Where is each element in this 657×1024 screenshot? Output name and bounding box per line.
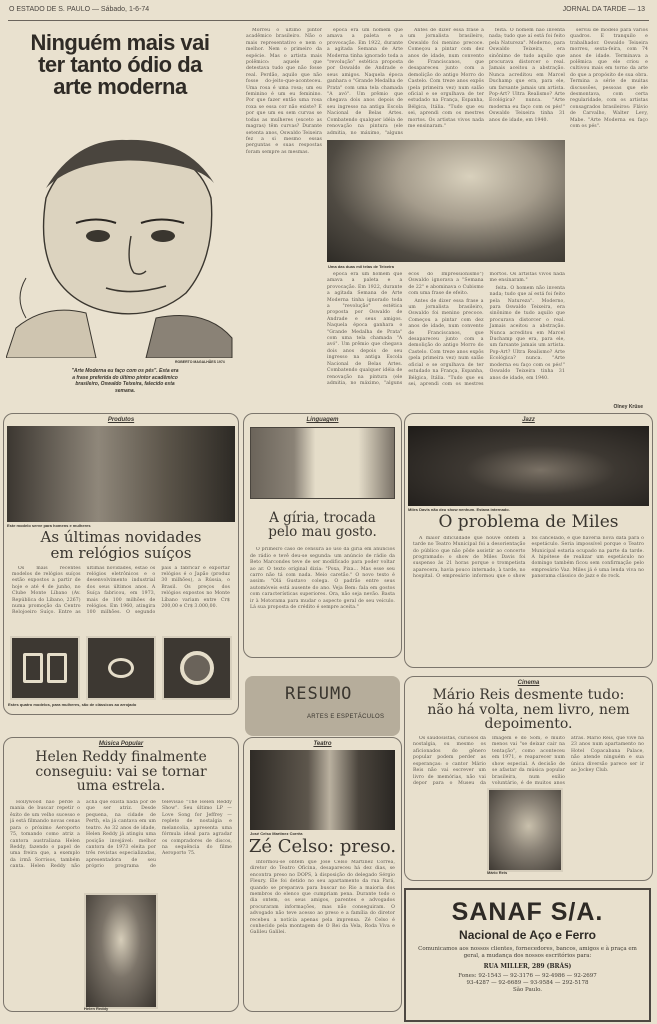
lead-body-col4: feita. O homem não inventa nada; tudo qu…: [489, 28, 565, 136]
paragraph: Os saudosistas, curiosos da nostalgia, o…: [413, 736, 644, 787]
teatro-body: Informou-se ontem que José Celso Martine…: [250, 860, 395, 1000]
produtos-bottom-caption: Estes quatro modelos, para mulheres, são…: [8, 702, 234, 707]
produtos-top-photo: [7, 426, 235, 522]
linguagem-body: O primeiro caso de censura ao uso da gír…: [250, 547, 395, 629]
sanaf-advertisement: SANAF S/A. Nacional de Aço e Ferro Comun…: [404, 888, 651, 1022]
paragraph: Os mais recentes modelos de relógios suí…: [12, 566, 230, 617]
linguagem-box: Linguagem A gíria, trocada pelo mau gost…: [243, 413, 402, 658]
masthead-left: O ESTADO DE S. PAULO — Sábado, 1-6-74: [9, 6, 149, 20]
lead-body-col2: época era um homem que amava a paleta e …: [327, 28, 403, 136]
paragraph: época era um homem que amava a paleta e …: [327, 28, 403, 136]
lead-body-col1: Morreu o último pintor acadêmico brasile…: [246, 28, 322, 408]
paragraph: O primeiro caso de censura ao uso da gír…: [250, 547, 395, 611]
illustration-credit: ROBERTO MAGALHÃES 1974: [175, 360, 225, 364]
masthead-rule: [8, 20, 649, 21]
ad-phones: Fones: 92-1543 — 92-3176 — 92-4986 — 92-…: [406, 973, 649, 987]
ad-address: RUA MILLER, 289 (BRÁS): [406, 963, 649, 970]
lead-photo-caption: Uma das duas mil telas de Teixeira: [328, 264, 394, 269]
lead-painting-photo: [327, 140, 565, 262]
jazz-headline: O problema de Miles: [411, 514, 646, 532]
resumo-banner: RESUMO ARTES E ESPETÁCULOS: [245, 676, 400, 736]
watch-photos-row: [10, 636, 232, 700]
helen-reddy-photo: [84, 893, 158, 1009]
jazz-photo: [408, 426, 649, 506]
cinema-headline: Mário Reis desmente tudo: não há volta, …: [425, 688, 632, 732]
teatro-photo: [250, 750, 395, 830]
musica-popular-headline: Helen Reddy finalmente conseguiu: vai se…: [24, 750, 218, 794]
masthead-right: JORNAL DA TARDE — 13: [563, 6, 645, 20]
paragraph: Antes de dizer essa frase a um jornalist…: [408, 28, 484, 131]
ad-company: SANAF S/A.: [406, 898, 649, 927]
watch-photo-2: [86, 636, 156, 700]
paragraph: feita. O homem não inventa nada; tudo qu…: [489, 28, 565, 124]
produtos-headline: As últimas novidades em relógios suíços: [34, 530, 208, 562]
jazz-box: Jazz Miles Davis não deu show nenhum. Es…: [404, 413, 653, 668]
linguagem-illustration: [250, 427, 395, 499]
ad-phones-line2: 93-4287 — 92-6689 — 93-9584 — 292-5178: [467, 980, 589, 986]
ad-message: Comunicamos aos nossos clientes, fornece…: [416, 946, 639, 960]
lead-illustration: [6, 128, 234, 358]
teatro-box: Teatro José Celso Martinez Corrêa Zé Cel…: [243, 737, 402, 1012]
produtos-box: Produtos Este modelo serve para homens e…: [3, 413, 239, 715]
helen-reddy-photo-caption: Helen Reddy: [84, 1006, 108, 1011]
mario-reis-photo: [487, 788, 563, 872]
teatro-headline: Zé Celso: preso.: [248, 838, 397, 857]
teatro-section-label: Teatro: [244, 741, 401, 747]
produtos-section-label: Produtos: [4, 417, 238, 423]
watch-photo-1: [10, 636, 80, 700]
linguagem-section-label: Linguagem: [244, 417, 401, 423]
ad-phones-line1: 92-1543 — 92-3176 — 92-4986 — 92-2697: [478, 973, 596, 979]
cinema-section-label: Cinema: [405, 680, 652, 686]
paragraph: Hollywood não perde a mania de buscar re…: [10, 800, 232, 870]
resumo-subtitle: ARTES E ESPETÁCULOS: [307, 714, 384, 720]
lead-body-continued: época era um homem que amava a paleta e …: [327, 272, 565, 404]
paragraph: feita. O homem não inventa nada; tudo qu…: [490, 286, 565, 382]
jazz-body: A maior dificuldade que houve ontem à ta…: [413, 536, 644, 662]
mario-reis-photo-caption: Mário Reis: [487, 870, 507, 875]
lead-signature: Olney Krüse: [614, 404, 643, 410]
paragraph: Informou-se ontem que José Celso Martine…: [250, 860, 395, 937]
ad-subtitle: Nacional de Aço e Ferro: [406, 928, 649, 942]
lead-body-col5: serviu de modelo para vários quadros. E …: [570, 28, 648, 403]
resumo-title: RESUMO: [285, 684, 352, 704]
lead-headline: Ninguém mais vai ter tanto ódio da arte …: [20, 32, 220, 98]
lead-body-col3: Antes de dizer essa frase a um jornalist…: [408, 28, 484, 136]
watch-photo-3: [162, 636, 232, 700]
jazz-section-label: Jazz: [405, 417, 652, 423]
linguagem-headline: A gíria, trocada pelo mau gosto.: [254, 511, 391, 539]
lead-caption: "Arte Moderna eu faço com os pés". Esta …: [70, 368, 180, 394]
paragraph: serviu de modelo para vários quadros. E …: [570, 28, 648, 131]
ad-phones-label: Fones:: [458, 973, 476, 979]
produtos-body: Os mais recentes modelos de relógios suí…: [12, 566, 230, 632]
musica-popular-section-label: Música Popular: [4, 741, 238, 747]
ad-city: São Paulo.: [406, 987, 649, 993]
paragraph: Morreu o último pintor acadêmico brasile…: [246, 28, 322, 156]
paragraph: A maior dificuldade que houve ontem à ta…: [413, 536, 644, 581]
caricature-drawing-icon: [6, 128, 234, 358]
